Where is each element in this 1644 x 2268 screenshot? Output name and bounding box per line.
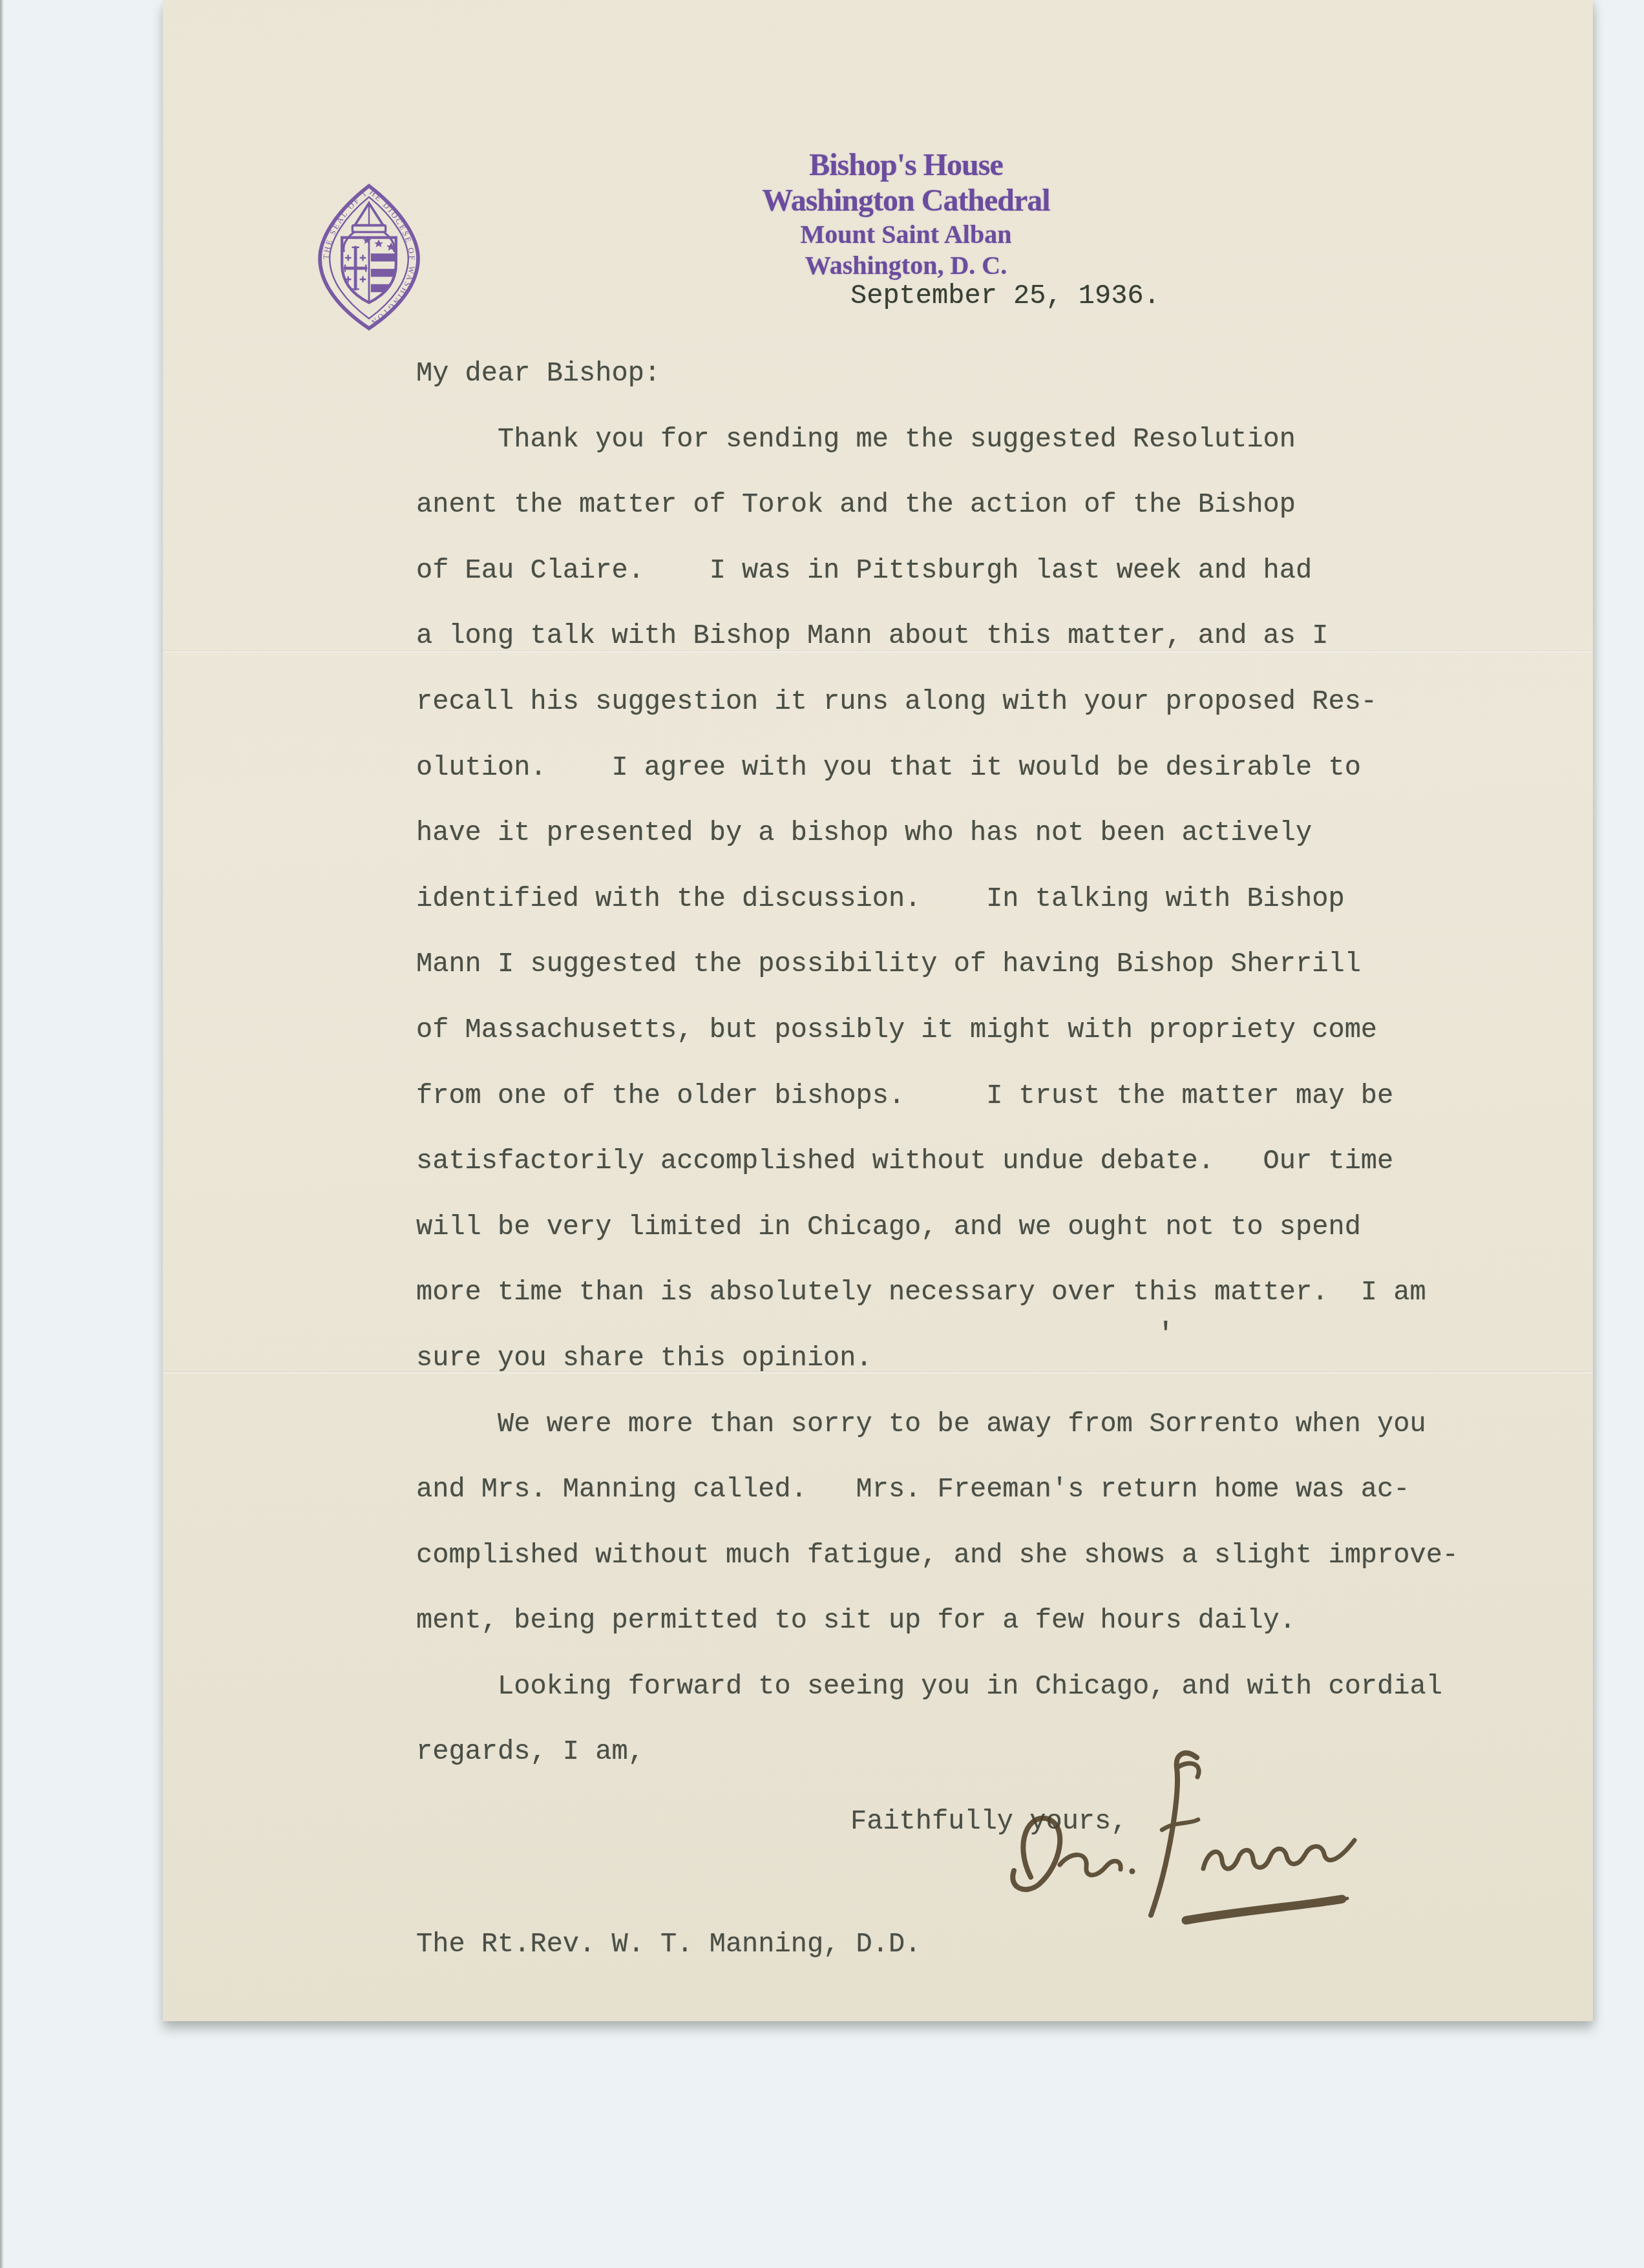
typed-line: will be very limited in Chicago, and we … [416, 1195, 1566, 1261]
typed-line: have it presented by a bishop who has no… [416, 801, 1566, 866]
letter-body: My dear Bishop: Thank you for sending me… [416, 341, 1566, 1785]
typed-line: My dear Bishop: [416, 341, 1566, 407]
handwritten-signature [969, 1745, 1370, 1938]
typed-line: of Eau Claire. I was in Pittsburgh last … [416, 538, 1566, 604]
typed-line: Looking forward to seeing you in Chicago… [416, 1654, 1566, 1720]
typed-line: of Massachusetts, but possibly it might … [416, 998, 1566, 1064]
typed-line: complished without much fatigue, and she… [416, 1523, 1566, 1589]
letterhead-line-4: Washington, D. C. [615, 253, 1197, 278]
scanner-edge-shadow [0, 0, 4, 2268]
typed-line: Thank you for sending me the suggested R… [416, 407, 1566, 473]
typed-line: identified with the discussion. In talki… [416, 866, 1566, 932]
typed-line: Mann I suggested the possibility of havi… [416, 932, 1566, 998]
typed-line: more time than is absolutely necessary o… [416, 1260, 1566, 1326]
typed-line: ment, being permitted to sit up for a fe… [416, 1588, 1566, 1654]
typed-line: We were more than sorry to be away from … [416, 1392, 1566, 1458]
typed-line: from one of the older bishops. I trust t… [416, 1064, 1566, 1129]
stray-apostrophe-mark: ' [1157, 1318, 1175, 1352]
letter-paper: THE SEAL OF THE DIOCESE OF WASHINGTON Bi… [163, 0, 1593, 2021]
typed-line: olution. I agree with you that it would … [416, 735, 1566, 801]
typed-line: a long talk with Bishop Mann about this … [416, 604, 1566, 669]
typed-line: and Mrs. Manning called. Mrs. Freeman's … [416, 1457, 1566, 1523]
typed-line: satisfactorily accomplished without undu… [416, 1129, 1566, 1195]
letterhead-line-2: Washington Cathedral [615, 185, 1197, 216]
addressee-line: The Rt.Rev. W. T. Manning, D.D. [416, 1929, 921, 1960]
scanned-letter-page: { "colors": { "bg_color": "#edf2f5", "pa… [0, 0, 1644, 2268]
typed-line: recall his suggestion it runs along with… [416, 669, 1566, 735]
letterhead-line-3: Mount Saint Alban [615, 222, 1197, 247]
date-line: September 25, 1936. [850, 280, 1160, 311]
typed-line: sure you share this opinion. [416, 1326, 1566, 1392]
typed-line: anent the matter of Torok and the action… [416, 472, 1566, 538]
diocese-seal-icon: THE SEAL OF THE DIOCESE OF WASHINGTON [308, 182, 430, 332]
letterhead-line-1: Bishop's House [615, 150, 1197, 181]
